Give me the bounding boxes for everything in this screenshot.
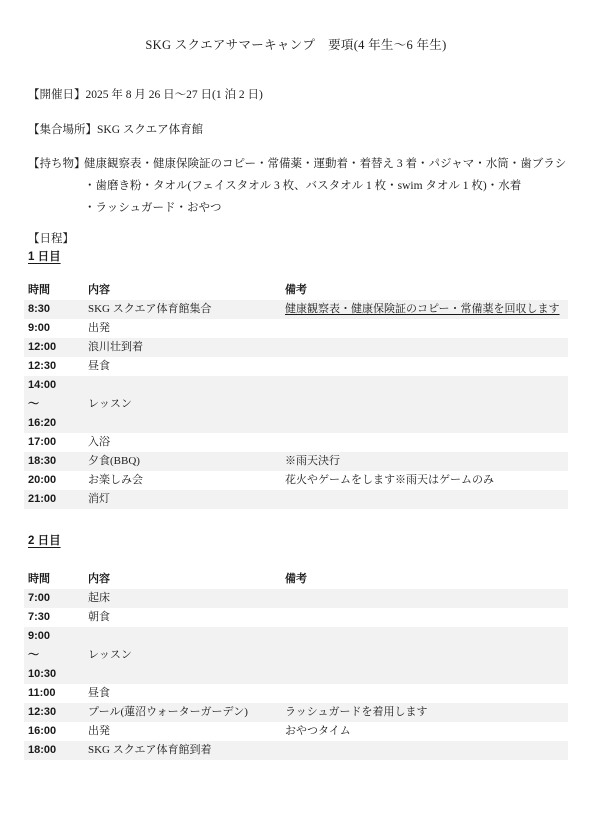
schedule-row: 20:00 お楽しみ会 花火やゲームをします※雨天はゲームのみ: [24, 471, 568, 490]
time-cell: 17:00: [24, 433, 88, 452]
time-cell: 8:30: [24, 300, 88, 319]
remark-cell: ※雨天決行: [283, 452, 568, 471]
content-cell: 夕食(BBQ): [88, 452, 283, 471]
schedule-row: 9:00 出発: [24, 319, 568, 338]
remark-cell: [283, 433, 568, 452]
remark-cell: [283, 684, 568, 703]
content-cell: 昼食: [88, 357, 283, 376]
remark-cell: [283, 741, 568, 760]
col-header-remark: 備考: [283, 570, 568, 589]
remark-cell: [283, 338, 568, 357]
belongings-label: 【持ち物】: [28, 153, 84, 219]
header-row: 時間 内容 備考: [24, 570, 568, 589]
event-date-label: 【開催日】: [28, 89, 86, 101]
day1-table-body: 8:30 SKG スクエア体育館集合 健康観察表・健康保険証のコピー・常備薬を回…: [24, 300, 568, 509]
schedule-row: 8:30 SKG スクエア体育館集合 健康観察表・健康保険証のコピー・常備薬を回…: [24, 300, 568, 319]
content-cell: SKG スクエア体育館集合: [88, 300, 283, 319]
time-cell: 12:00: [24, 338, 88, 357]
belongings-line: ・ラッシュガード・おやつ: [84, 197, 566, 219]
col-header-remark: 備考: [283, 281, 568, 300]
schedule-row: 7:00 起床: [24, 589, 568, 608]
time-cell: 18:00: [24, 741, 88, 760]
time-cell: 7:30: [24, 608, 88, 627]
meeting-place-label: 【集合場所】: [28, 124, 97, 136]
document-title: SKG スクエアサマーキャンプ 要項(4 年生～6 年生): [0, 35, 592, 53]
time-cell: 12:30: [24, 703, 88, 722]
content-cell: レッスン: [88, 627, 283, 684]
col-header-content: 内容: [88, 570, 283, 589]
content-cell: 出発: [88, 319, 283, 338]
remark-cell: ラッシュガードを着用します: [283, 703, 568, 722]
schedule-row: 16:00 出発 おやつタイム: [24, 722, 568, 741]
day2-heading: 2 日目: [28, 532, 61, 548]
schedule-row: 12:30 プール(蓮沼ウォーターガーデン) ラッシュガードを着用します: [24, 703, 568, 722]
content-cell: 浪川壮到着: [88, 338, 283, 357]
remark-cell: [283, 490, 568, 509]
content-cell: 朝食: [88, 608, 283, 627]
day1-table-header: 時間 内容 備考: [24, 281, 568, 300]
schedule-row: 11:00 昼食: [24, 684, 568, 703]
schedule-row: 14:00 ～ 16:20 レッスン: [24, 376, 568, 433]
remark-cell: おやつタイム: [283, 722, 568, 741]
time-cell: 14:00 ～ 16:20: [24, 376, 88, 433]
day1-heading: 1 日目: [28, 248, 61, 264]
schedule-row: 18:00 SKG スクエア体育館到着: [24, 741, 568, 760]
remark-cell: [283, 376, 568, 433]
schedule-row: 17:00 入浴: [24, 433, 568, 452]
col-header-content: 内容: [88, 281, 283, 300]
time-cell: 20:00: [24, 471, 88, 490]
content-cell: 消灯: [88, 490, 283, 509]
content-cell: 起床: [88, 589, 283, 608]
content-cell: レッスン: [88, 376, 283, 433]
meeting-place-line: 【集合場所】SKG スクエア体育館: [28, 121, 203, 137]
day1-schedule-table: 時間 内容 備考 8:30 SKG スクエア体育館集合 健康観察表・健康保険証の…: [24, 281, 568, 509]
col-header-time: 時間: [24, 570, 88, 589]
event-date-line: 【開催日】2025 年 8 月 26 日～27 日(1 泊 2 日): [28, 86, 263, 102]
content-cell: 昼食: [88, 684, 283, 703]
remark-cell: [283, 357, 568, 376]
schedule-row: 9:00 ～ 10:30 レッスン: [24, 627, 568, 684]
event-date-value: 2025 年 8 月 26 日～27 日(1 泊 2 日): [86, 89, 263, 101]
content-cell: SKG スクエア体育館到着: [88, 741, 283, 760]
belongings-line: ・歯磨き粉・タオル(フェイスタオル 3 枚、バスタオル 1 枚・swim タオル…: [84, 175, 566, 197]
time-cell: 11:00: [24, 684, 88, 703]
schedule-row: 12:00 浪川壮到着: [24, 338, 568, 357]
time-cell: 9:00 ～ 10:30: [24, 627, 88, 684]
day2-schedule-table: 時間 内容 備考 7:00 起床 7:30 朝食 9:00 ～ 10:30 レッ…: [24, 570, 568, 760]
meeting-place-value: SKG スクエア体育館: [97, 124, 203, 136]
document-page: SKG スクエアサマーキャンプ 要項(4 年生～6 年生) 【開催日】2025 …: [0, 0, 592, 837]
belongings-section: 【持ち物】 健康観察表・健康保険証のコピー・常備薬・運動着・着替え 3 着・パジ…: [28, 153, 566, 219]
content-cell: プール(蓮沼ウォーターガーデン): [88, 703, 283, 722]
time-cell: 7:00: [24, 589, 88, 608]
time-cell: 16:00: [24, 722, 88, 741]
day2-table-body: 7:00 起床 7:30 朝食 9:00 ～ 10:30 レッスン 11:00 …: [24, 589, 568, 760]
content-cell: 出発: [88, 722, 283, 741]
time-cell: 21:00: [24, 490, 88, 509]
remark-cell: 健康観察表・健康保険証のコピー・常備薬を回収します: [283, 300, 568, 319]
header-row: 時間 内容 備考: [24, 281, 568, 300]
remark-cell: [283, 319, 568, 338]
remark-cell: [283, 627, 568, 684]
time-cell: 9:00: [24, 319, 88, 338]
day2-table-header: 時間 内容 備考: [24, 570, 568, 589]
schedule-section-label: 【日程】: [28, 230, 74, 246]
remark-cell: 花火やゲームをします※雨天はゲームのみ: [283, 471, 568, 490]
time-cell: 18:30: [24, 452, 88, 471]
schedule-row: 18:30 夕食(BBQ) ※雨天決行: [24, 452, 568, 471]
col-header-time: 時間: [24, 281, 88, 300]
schedule-row: 7:30 朝食: [24, 608, 568, 627]
content-cell: お楽しみ会: [88, 471, 283, 490]
belongings-list: 健康観察表・健康保険証のコピー・常備薬・運動着・着替え 3 着・パジャマ・水筒・…: [84, 153, 566, 219]
schedule-row: 21:00 消灯: [24, 490, 568, 509]
remark-cell: [283, 608, 568, 627]
remark-cell: [283, 589, 568, 608]
schedule-row: 12:30 昼食: [24, 357, 568, 376]
content-cell: 入浴: [88, 433, 283, 452]
time-cell: 12:30: [24, 357, 88, 376]
belongings-line: 健康観察表・健康保険証のコピー・常備薬・運動着・着替え 3 着・パジャマ・水筒・…: [84, 153, 566, 175]
